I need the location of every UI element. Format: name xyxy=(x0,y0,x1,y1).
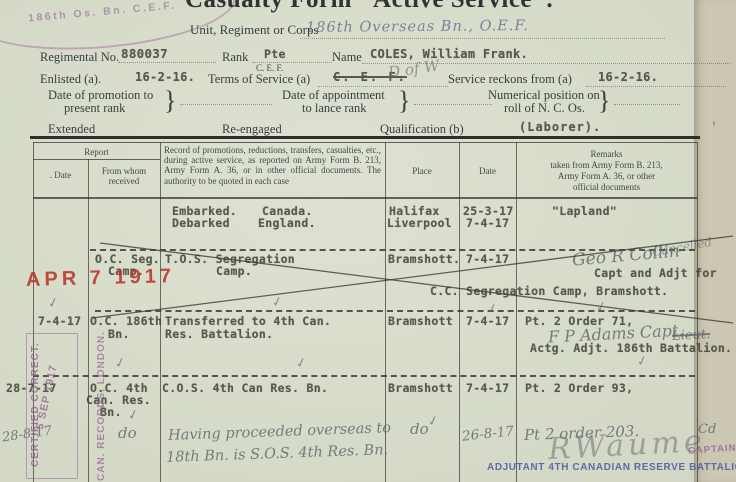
row1-record-debarked: Debarked xyxy=(172,216,230,230)
row5-from-ditto: do xyxy=(118,424,137,442)
header-from-whom: From whom received xyxy=(92,166,156,186)
row1-place-liverpool: Liverpool xyxy=(387,216,452,230)
row3-record-line1: Transferred to 4th Can. xyxy=(165,314,331,328)
enlisted-label: Enlisted (a). xyxy=(40,72,101,87)
header-remarks-line4: official documents xyxy=(518,182,695,192)
row5-adjutant-signature: RWaume xyxy=(547,424,706,467)
qualification-value: (Laborer). xyxy=(519,120,601,134)
adjutant-stamp: ADJUTANT 4TH CANADIAN RESERVE BATTALION. xyxy=(487,462,736,473)
row5-record-line2: 18th Bn. is S.O.S. 4th Res. Bn. xyxy=(166,442,389,466)
margin-tick: ' xyxy=(712,120,716,136)
row2-place: Bramshott. xyxy=(388,252,460,266)
row4-place: Bramshott xyxy=(388,381,453,395)
casualty-form-scan: 186th Os. Bn. C.E.F. Casualty Form "Acti… xyxy=(0,0,736,482)
row2-sig-unit: C.C. Segregation Camp, Bramshott. xyxy=(430,284,668,298)
enlisted-value: 16-2-16. xyxy=(135,70,195,84)
promo-label-line2: present rank xyxy=(64,101,125,116)
rank-label: Rank xyxy=(222,50,248,65)
pencil-check-icon: ✓ xyxy=(46,295,60,312)
header-bottom-border xyxy=(33,197,697,199)
pencil-check-icon: ✓ xyxy=(294,355,308,372)
pencil-check-icon: ✓ xyxy=(426,413,440,430)
row5-place-ditto: do xyxy=(410,420,429,438)
row3-sig-role: Actg. Adjt. 186th Battalion. xyxy=(530,341,732,355)
row4-date2: 7-4-17 xyxy=(466,381,509,395)
row5-date2: 26-8-17 xyxy=(461,423,514,444)
reckons-label: Service reckons from (a) xyxy=(448,72,572,87)
name-label: Name xyxy=(332,50,362,65)
report-sub-line xyxy=(33,159,160,160)
row4-record: C.O.S. 4th Can Res. Bn. xyxy=(162,381,328,395)
col-line-date xyxy=(88,159,89,482)
col-line-date2 xyxy=(516,142,517,482)
table-top-border xyxy=(33,142,697,143)
unit-label: Unit, Regiment or Corps xyxy=(190,22,319,38)
col-line-fromwhom xyxy=(160,142,161,482)
promo-brace: } xyxy=(164,86,176,116)
row2-date: 7-4-17 xyxy=(466,252,509,266)
row3-record-line2: Res. Battalion. xyxy=(165,327,273,341)
appoint-dotted xyxy=(414,104,492,105)
name-value: COLES, William Frank. xyxy=(370,47,528,61)
header-place: Place xyxy=(385,166,459,176)
row2-sig-role: Capt and Adjt for xyxy=(594,266,717,280)
header-remarks-line3: Army Form A. 36, or other xyxy=(518,171,695,181)
row3-from-line2: Bn. xyxy=(108,327,130,341)
row1-record-england: England. xyxy=(258,216,316,230)
pencil-check-icon: ✓ xyxy=(113,355,127,372)
numeric-dotted xyxy=(614,104,680,105)
header-remarks-line1: Remarks xyxy=(518,149,695,159)
promo-dotted xyxy=(180,104,272,105)
reengaged-label: Re-engaged xyxy=(222,122,282,137)
extended-label: Extended xyxy=(48,122,95,137)
form-title: Casualty Form "Active Service". xyxy=(185,0,545,14)
header-date: . Date xyxy=(33,170,88,180)
pencil-check-icon: ✓ xyxy=(126,407,140,424)
numeric-brace: } xyxy=(598,86,610,116)
regimental-dotted xyxy=(118,62,216,63)
header-remarks-line2: taken from Army Form B. 213, xyxy=(518,160,695,170)
unit-value: 186th Overseas Bn., O.E.F. xyxy=(306,18,529,36)
regimental-value: 880037 xyxy=(121,46,168,61)
pencil-check-icon: ✓ xyxy=(594,299,608,316)
records-office-stamp: CAN. RECORDS, LONDON. xyxy=(96,330,107,482)
qualification-label: Qualification (b) xyxy=(380,122,464,137)
row1-remarks-ship: "Lapland" xyxy=(552,204,617,218)
row3-report-date: 7-4-17 xyxy=(38,314,81,328)
terms-dotted xyxy=(318,86,448,87)
header-date2: Date xyxy=(459,166,516,176)
pencil-check-icon: ✓ xyxy=(270,294,284,311)
heavy-rule xyxy=(30,136,700,139)
row5-record-line1: Having proceeded overseas to xyxy=(168,420,391,444)
unit-dotted-line xyxy=(300,38,665,39)
rank-value: Pte xyxy=(264,47,286,61)
header-record: Record of promotions, reductions, transf… xyxy=(164,145,381,186)
row3-place: Bramshott xyxy=(388,314,453,328)
received-date-stamp: APR 7 1917 xyxy=(26,265,176,292)
row3-from-line1: O.C. 186th xyxy=(90,314,162,328)
col-line-place xyxy=(459,142,460,482)
terms-label: Terms of Service (a) xyxy=(208,72,310,87)
row4-remark-order: Pt. 2 Order 93, xyxy=(525,381,633,395)
pencil-check-icon: ✓ xyxy=(635,353,649,370)
regimental-label: Regimental No. xyxy=(40,50,119,65)
header-report: Report xyxy=(33,147,160,157)
appoint-label-line2: to lance rank xyxy=(302,101,367,116)
numeric-label-line2: roll of N. C. Os. xyxy=(504,101,585,116)
row-separator-3 xyxy=(33,375,695,377)
pencil-check-icon: ✓ xyxy=(485,301,499,318)
appoint-brace: } xyxy=(398,86,410,116)
reckons-value: 16-2-16. xyxy=(598,70,658,84)
row1-date-debarked: 7-4-17 xyxy=(466,216,509,230)
row2-record-line2: Camp. xyxy=(216,264,252,278)
